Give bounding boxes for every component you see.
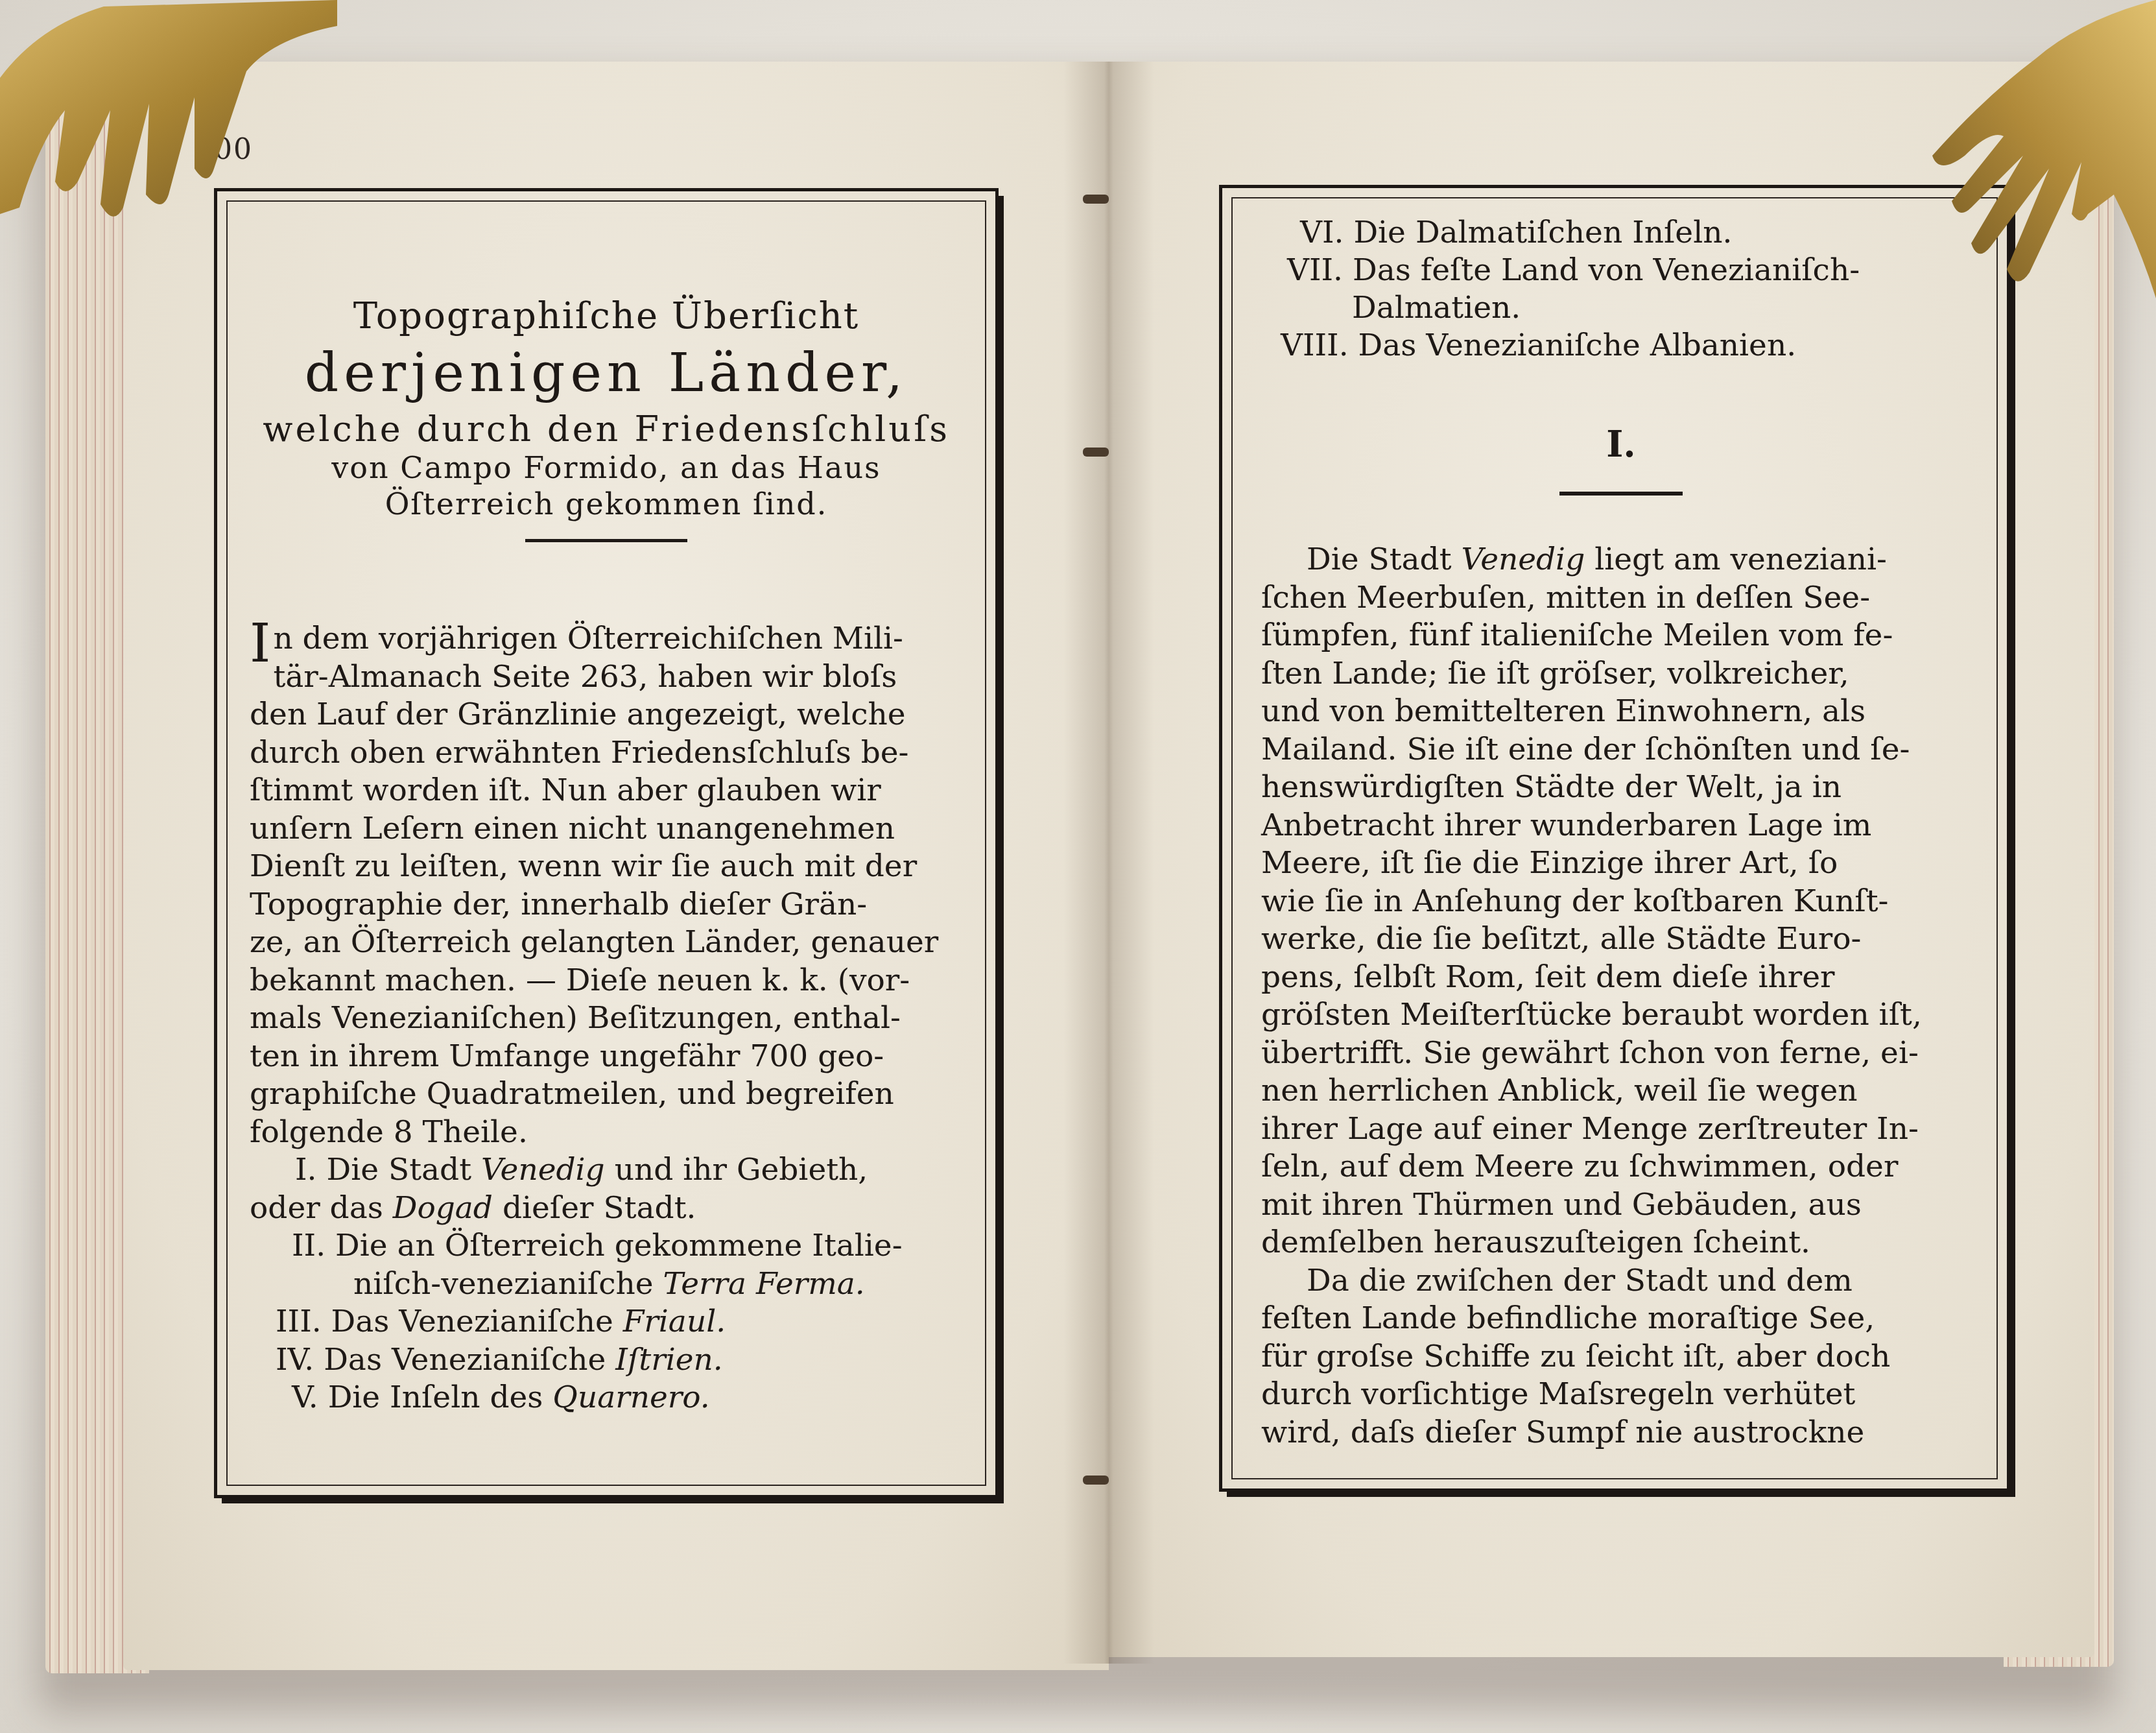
part-italic: Friaul. — [623, 1304, 726, 1339]
part-item-2: II. Die an Öſterreich gekommene Italie- — [250, 1227, 963, 1265]
text-line: den Lauf der Gränzlinie angezeigt, welch… — [250, 696, 963, 734]
text-line: bekannt machen. — Dieſe neuen k. k. (vor… — [250, 962, 963, 1000]
text-line: Mailand. Sie iſt eine der ſchönſten und … — [1261, 731, 1981, 769]
part-text: Die Stadt — [326, 1152, 481, 1188]
text-line: wie ſie in Anſehung der koſtbaren Kunſt- — [1261, 883, 1981, 921]
brass-hand-right-icon — [1777, 0, 2156, 305]
part-italic: Venedig — [481, 1152, 605, 1188]
text-line: n dem vorjährigen Öſterreichiſchen Mili- — [250, 620, 963, 658]
title-line-1: Topographiſche Überſicht — [250, 295, 963, 337]
text-line: ſümpfen, fünf italieniſche Meilen vom fe… — [1261, 617, 1981, 655]
title-line-3: welche durch den Friedensſchluſs — [250, 409, 963, 449]
text-line: ten in ihrem Umfange ungefähr 700 geo- — [250, 1038, 963, 1076]
part-text: niſch-venezianiſche — [353, 1266, 663, 1302]
text-line: graphiſche Quadratmeilen, und begreifen — [250, 1075, 963, 1114]
part-text: Das Venezianiſche Albanien. — [1358, 328, 1797, 363]
text-line: werke, die ſie beſitzt, alle Städte Euro… — [1261, 920, 1981, 959]
text-line: wird, daſs dieſer Sumpf nie austrockne — [1261, 1414, 1981, 1452]
text-line: tär-Almanach Seite 263, haben wir bloſs — [250, 658, 963, 697]
paragraph-lagoon: Da die zwiſchen der Stadt und dem feſten… — [1261, 1262, 1981, 1452]
part-text: Die an Öſterreich gekommene Italie- — [335, 1228, 903, 1263]
text-line: Topographie der, innerhalb dieſer Grän- — [250, 886, 963, 924]
part-number: II. — [292, 1228, 326, 1263]
left-page-content: Topographiſche Überſicht derjenigen Länd… — [250, 295, 963, 1417]
binding-stitch — [1083, 448, 1109, 457]
part-italic: Terra Ferma. — [663, 1266, 864, 1302]
text-line: henswürdigſten Städte der Welt, ja in — [1261, 769, 1981, 807]
intro-paragraph: I n dem vorjährigen Öſterreichiſchen Mil… — [250, 620, 963, 1151]
text-span: Die Stadt — [1307, 542, 1462, 577]
drop-cap: I — [250, 621, 270, 667]
text-line: unſern Leſern einen nicht unangenehmen — [250, 810, 963, 848]
text-line: ze, an Öſterreich gelangten Länder, gena… — [250, 924, 963, 962]
part-item-1: I. Die Stadt Venedig und ihr Gebieth, — [250, 1151, 963, 1189]
right-page-content: VI. Die Dalmatiſchen Inſeln. VII. Das fe… — [1261, 214, 1981, 1452]
part-italic: Iſtrien. — [615, 1342, 722, 1378]
part-item-1-continuation: oder das Dogad dieſer Stadt. — [250, 1189, 963, 1228]
text-line: Da die zwiſchen der Stadt und dem — [1261, 1262, 1981, 1300]
title-line-4: von Campo Formido, an das Haus — [250, 449, 963, 486]
part-number: III. — [276, 1304, 322, 1339]
part-number: VII. — [1287, 252, 1343, 288]
part-text: dieſer Stadt. — [493, 1190, 696, 1226]
part-number: VI. — [1300, 215, 1344, 250]
part-text: oder das — [250, 1190, 393, 1226]
part-number: V. — [292, 1380, 318, 1415]
binding-stitch — [1083, 195, 1109, 204]
text-line: übertrifft. Sie gewährt ſchon von ferne,… — [1261, 1034, 1981, 1073]
paragraph-venice: Die Stadt Venedig liegt am veneziani- ſc… — [1261, 541, 1981, 1262]
title-line-5: Öſterreich gekommen ſind. — [250, 486, 963, 522]
part-text: Das Venezianiſche — [331, 1304, 623, 1339]
text-span: liegt am veneziani- — [1585, 542, 1887, 577]
text-line: pens, ſelbſt Rom, ſeit dem dieſe ihrer — [1261, 959, 1981, 997]
text-line: gröſsten Meiſterſtücke beraubt worden iſ… — [1261, 996, 1981, 1034]
text-line: mit ihren Thürmen und Gebäuden, aus — [1261, 1186, 1981, 1225]
part-italic: Dogad — [393, 1190, 493, 1226]
text-line: ſchen Meerbuſen, mitten in deſſen See- — [1261, 579, 1981, 617]
section-heading: I. — [1261, 423, 1981, 466]
text-line: für groſse Schiffe zu ſeicht iſt, aber d… — [1261, 1338, 1981, 1376]
text-line: nen herrlichen Anblick, weil ſie wegen — [1261, 1072, 1981, 1110]
part-item-8: VIII. Das Venezianiſche Albanien. — [1261, 327, 1981, 365]
part-text: und ihr Gebieth, — [605, 1152, 868, 1188]
section-divider — [1559, 492, 1683, 496]
title-line-2: derjenigen Länder, — [250, 342, 963, 404]
part-italic: Quarnero. — [552, 1380, 709, 1415]
part-number: VIII. — [1281, 328, 1349, 363]
text-line: Dienſt zu leiſten, wenn wir ſie auch mit… — [250, 848, 963, 886]
part-text: Die Dalmatiſchen Inſeln. — [1353, 215, 1732, 250]
part-item-3: III. Das Venezianiſche Friaul. — [250, 1303, 963, 1341]
text-line: ihrer Lage auf einer Menge zerſtreuter I… — [1261, 1110, 1981, 1149]
text-line: durch oben erwähnten Friedensſchluſs be- — [250, 734, 963, 772]
title-divider — [525, 539, 687, 542]
text-line: demſelben herauszuſteigen ſcheint. — [1261, 1224, 1981, 1262]
text-line: Anbetracht ihrer wunderbaren Lage im — [1261, 807, 1981, 845]
text-line: und von bemittelteren Einwohnern, als — [1261, 693, 1981, 731]
book-gutter — [1063, 62, 1154, 1664]
text-line: ſeln, auf dem Meere zu ſchwimmen, oder — [1261, 1148, 1981, 1186]
part-text: Das Venezianiſche — [324, 1342, 615, 1378]
text-line: feſten Lande befindliche moraſtige See, — [1261, 1300, 1981, 1338]
italic-place-name: Venedig — [1462, 542, 1585, 577]
part-item-5: V. Die Inſeln des Quarnero. — [250, 1379, 963, 1417]
text-line: ſtimmt worden iſt. Nun aber glauben wir — [250, 772, 963, 810]
text-line: folgende 8 Theile. — [250, 1114, 963, 1152]
brass-hand-left-icon — [0, 0, 337, 233]
part-number: I. — [295, 1152, 317, 1188]
text-line: ſten Lande; ſie iſt gröſser, volkreicher… — [1261, 655, 1981, 693]
text-line: mals Venezianiſchen) Beſitzungen, enthal… — [250, 999, 963, 1038]
part-item-4: IV. Das Venezianiſche Iſtrien. — [250, 1341, 963, 1380]
part-number: IV. — [276, 1342, 314, 1378]
part-text: Die Inſeln des — [328, 1380, 553, 1415]
text-line: durch vorſichtige Maſsregeln verhütet — [1261, 1376, 1981, 1414]
text-line: Meere, iſt ſie die Einzige ihrer Art, ſo — [1261, 844, 1981, 883]
part-item-2-continuation: niſch-venezianiſche Terra Ferma. — [250, 1265, 963, 1304]
binding-stitch — [1083, 1476, 1109, 1485]
text-line: Die Stadt Venedig liegt am veneziani- — [1261, 541, 1981, 579]
